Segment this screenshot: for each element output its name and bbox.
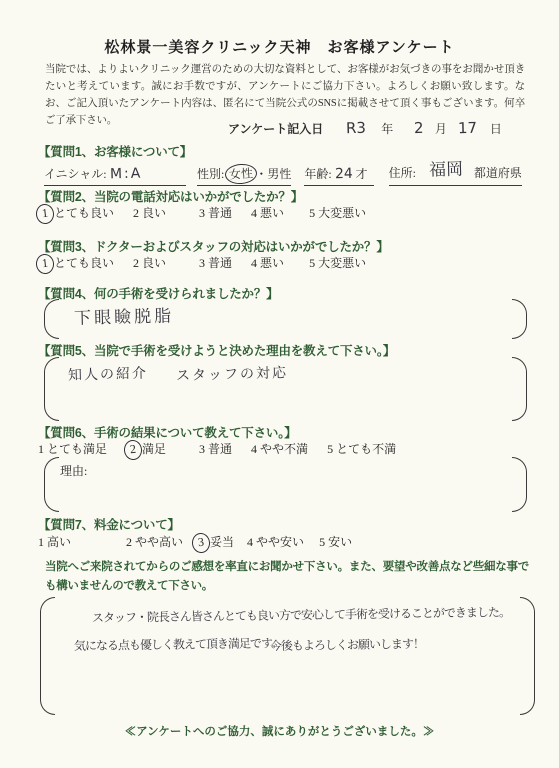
q2-option-2-number: 2 [133, 206, 139, 221]
gender-field: 性別: 女性・男性 [197, 165, 291, 186]
gender-label: 性別: [197, 167, 224, 181]
q7-option-4-number: 4 [247, 535, 253, 550]
q6-reason-box: 理由: [44, 457, 527, 512]
age-handwritten-value: 24 [335, 166, 353, 182]
q3-option-2: 2良い [133, 254, 166, 271]
q2-option-3-number: 3 [199, 206, 205, 221]
comment-line-2: 気になる点も優しく教えて頂き満足です。 [74, 629, 282, 660]
q7-option-2-label: やや高い [135, 535, 183, 549]
bracket-right [520, 597, 535, 715]
q6-option-3-number: 3 [199, 442, 205, 457]
q6-option-3-label: 普通 [208, 442, 232, 456]
bracket-left [40, 597, 55, 715]
address-label: 住所: [389, 166, 416, 180]
q5-handwritten-answer-2: スタッフの対応 [152, 360, 289, 391]
q2-option-1-label: とても良い [54, 206, 114, 220]
bracket-right [512, 457, 527, 512]
q2-option-2-label: 良い [142, 206, 166, 220]
q3-option-4-label: 悪い [260, 256, 284, 270]
feedback-comment-box: スタッフ・院長さん皆さんとても良い方で安心して手術を受けることができました。 気… [40, 597, 535, 715]
q7-option-1-label: 高い [47, 535, 71, 549]
q2-option-1: 1とても良い [42, 204, 114, 221]
initial-handwritten-value: M:A [109, 166, 142, 183]
q7-option-3: 3妥当 [198, 533, 234, 550]
date-day-unit: 日 [490, 122, 502, 136]
q3-option-5-label: 大変悪い [318, 256, 366, 270]
age-label: 年齢: [304, 167, 331, 181]
q7-option-3-number: 3 [191, 532, 211, 554]
q7-option-1: 1高い [38, 533, 71, 550]
q7-options-row: 1高い 2やや高い 3妥当 4やや安い 5安い [38, 533, 352, 550]
q6-option-1-number: 1 [38, 442, 44, 457]
q3-option-3-label: 普通 [208, 256, 232, 270]
q3-header: 【質問3、ドクターおよびスタッフの対応はいかがでしたか？】 [38, 237, 389, 255]
q2-option-5-number: 5 [309, 206, 315, 221]
date-year-unit: 年 [381, 122, 393, 136]
q3-option-4-number: 4 [251, 256, 257, 271]
address-handwritten-value: 福岡 [429, 155, 464, 181]
age-field: 年齢: 24 才 [304, 165, 373, 186]
scanned-survey-page: 松林景一美容クリニック天神 お客様アンケート 当院では、よりよいクリニック運営の… [0, 0, 559, 768]
bracket-right [512, 357, 527, 421]
comment-line-3: 今後もよろしくお願いします！ [270, 630, 424, 660]
q6-header: 【質問6、手術の結果について教えて下さい。】 [38, 423, 297, 441]
q7-option-5-label: 安い [328, 535, 352, 549]
bracket-left [44, 457, 59, 512]
date-label: アンケート記入日 [228, 122, 323, 136]
address-suffix: 都道府県 [474, 166, 522, 180]
q2-option-5: 5大変悪い [309, 204, 366, 221]
gender-other-option: ・男性 [255, 167, 291, 181]
bracket-right [512, 299, 527, 339]
q6-option-2: 2満足 [130, 440, 166, 457]
survey-date-row: アンケート記入日 R3 年 2 月 17 日 [228, 119, 502, 137]
q6-option-5-label: とても不満 [336, 442, 396, 456]
q3-option-5-number: 5 [309, 256, 315, 271]
comment-line-1: スタッフ・院長さん皆さんとても良い方で安心して手術を受けることができました。 [92, 598, 510, 632]
q7-option-5: 5安い [319, 533, 352, 550]
page-title: 松林景一美容クリニック天神 お客様アンケート [0, 36, 559, 57]
q6-option-5-number: 5 [327, 442, 333, 457]
q3-option-2-label: 良い [142, 256, 166, 270]
q3-options-row: 1とても良い 2良い 3普通 4悪い 5大変悪い [42, 254, 366, 271]
date-day-handwritten: 17 [458, 119, 478, 137]
q3-option-4: 4悪い [251, 254, 284, 271]
q6-option-2-label: 満足 [142, 442, 166, 456]
q3-option-1-number: 1 [35, 253, 55, 275]
initial-field: イニシャル: M:A [44, 165, 186, 186]
q4-answer-box: 下眼瞼脱脂 [44, 299, 527, 339]
q2-option-4: 4悪い [251, 204, 284, 221]
q7-option-5-number: 5 [319, 535, 325, 550]
q2-option-4-label: 悪い [260, 206, 284, 220]
q1-fields-row: イニシャル: M:A 性別: 女性・男性 年齢: 24 才 住所: 福岡 都道府… [44, 157, 522, 186]
q7-option-4-label: やや安い [256, 535, 304, 549]
q6-reason-label: 理由: [44, 457, 527, 479]
q2-option-3: 3普通 [199, 204, 232, 221]
q6-option-3: 3普通 [199, 440, 232, 457]
q2-option-4-number: 4 [251, 206, 257, 221]
q7-option-3-label: 妥当 [210, 535, 234, 549]
q7-option-2-number: 2 [126, 535, 132, 550]
q2-option-3-label: 普通 [208, 206, 232, 220]
date-month-unit: 月 [435, 122, 447, 136]
age-unit: 才 [356, 167, 368, 181]
q6-option-1-label: とても満足 [47, 442, 107, 456]
q6-option-4-label: やや不満 [260, 442, 308, 456]
q7-option-1-number: 1 [38, 535, 44, 550]
q2-option-1-number: 1 [35, 203, 55, 225]
q6-options-row: 1とても満足 2満足 3普通 4やや不満 5とても不満 [38, 440, 396, 457]
q2-header: 【質問2、当院の電話対応はいかがでしたか？】 [38, 187, 303, 205]
q7-option-2: 2やや高い [126, 533, 183, 550]
q4-handwritten-answer: 下眼瞼脱脂 [44, 297, 175, 329]
initial-label: イニシャル: [44, 167, 107, 181]
q3-option-2-number: 2 [133, 256, 139, 271]
q6-option-4-number: 4 [251, 442, 257, 457]
q6-option-4: 4やや不満 [251, 440, 308, 457]
feedback-prompt: 当院へご来院されてからのご感想を率直にお聞かせ下さい。また、要望や改善点など些細… [45, 558, 529, 595]
q2-option-5-label: 大変悪い [318, 206, 366, 220]
q7-option-4: 4やや安い [247, 533, 304, 550]
q5-handwritten-answer-1: 知人の紹介 [44, 361, 149, 391]
date-year-handwritten: R3 [346, 119, 366, 138]
q3-option-1-label: とても良い [54, 256, 114, 270]
q3-option-1: 1とても良い [42, 254, 114, 271]
q6-option-5: 5とても不満 [327, 440, 396, 457]
q5-answer-box: 知人の紹介 スタッフの対応 [44, 357, 527, 421]
gender-selected-circle: 女性 [225, 163, 258, 185]
q2-option-2: 2良い [133, 204, 166, 221]
q6-option-1: 1とても満足 [38, 440, 107, 457]
q7-header: 【質問7、料金について】 [38, 515, 180, 533]
q3-option-3-number: 3 [199, 256, 205, 271]
q2-options-row: 1とても良い 2良い 3普通 4悪い 5大変悪い [42, 204, 366, 221]
date-month-handwritten: 2 [414, 119, 424, 137]
address-field: 住所: 福岡 都道府県 [389, 157, 522, 186]
q3-option-5: 5大変悪い [309, 254, 366, 271]
q3-option-3: 3普通 [199, 254, 232, 271]
closing-message: ≪アンケートへのご協力、誠にありがとうございました。≫ [0, 723, 559, 739]
